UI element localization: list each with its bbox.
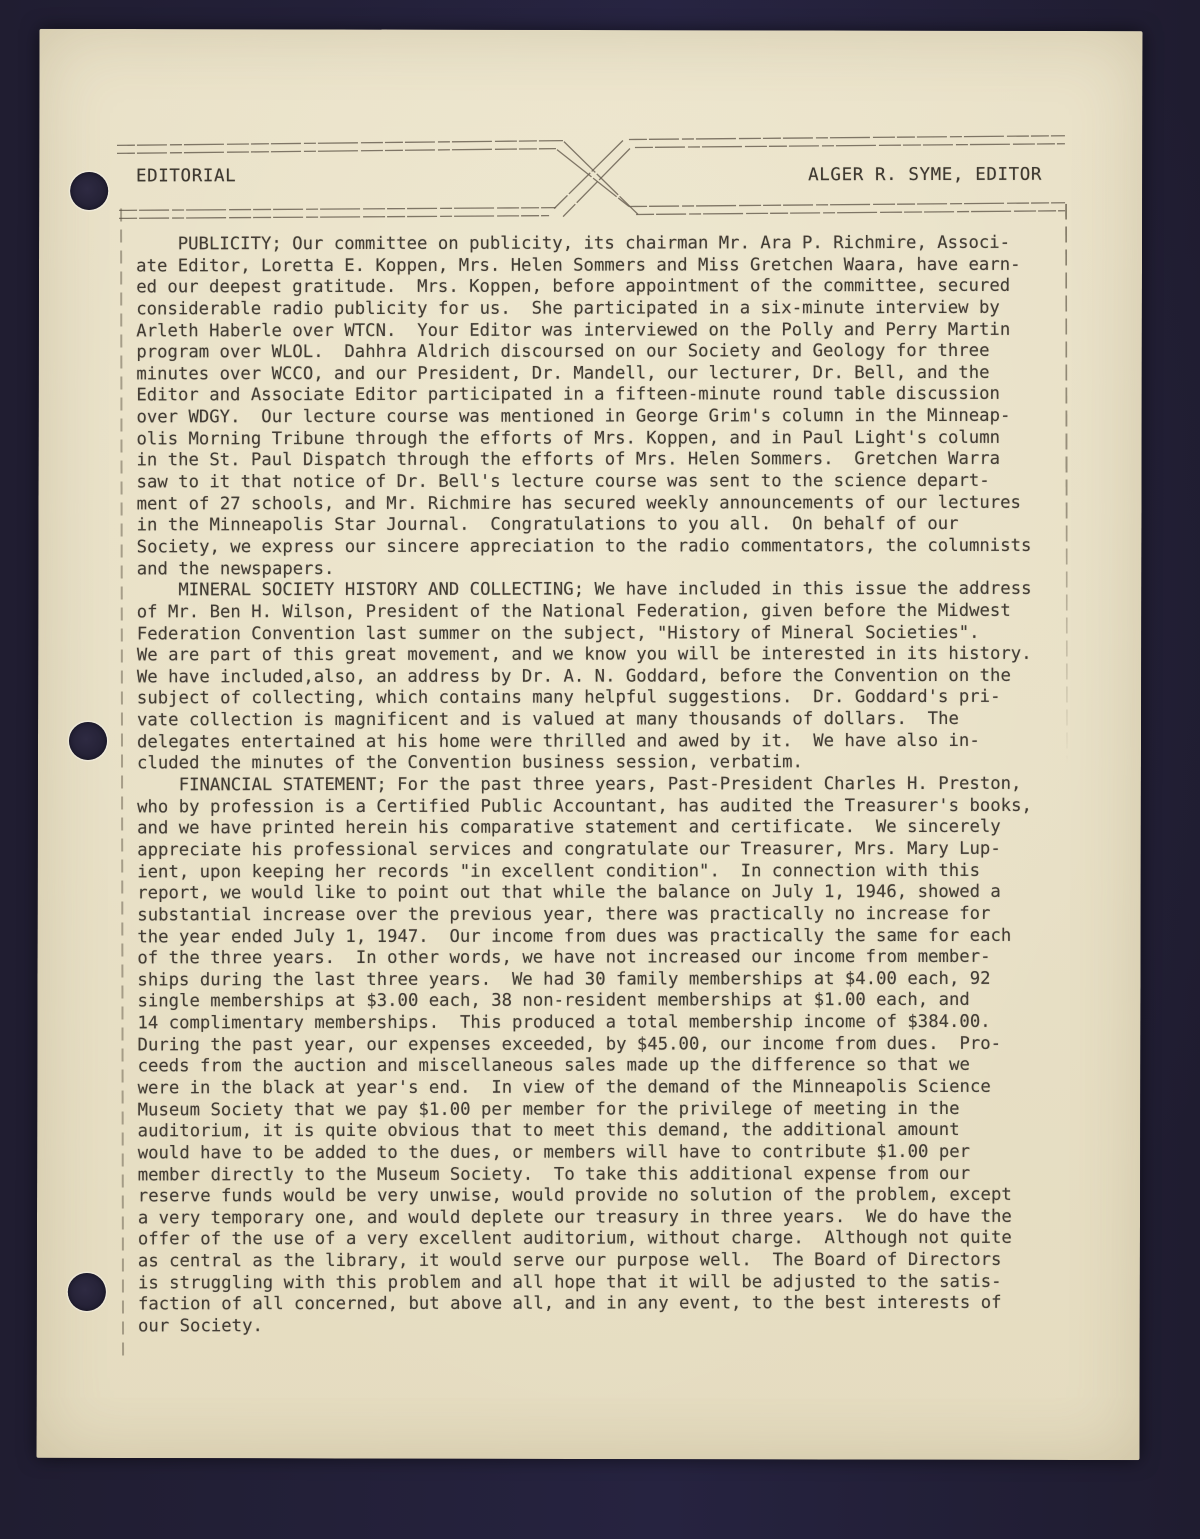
- text-line: Arleth Haberle over WTCN. Your Editor wa…: [136, 319, 1081, 342]
- text-line: over WDGY. Our lecture course was mentio…: [136, 406, 1081, 429]
- text-line: ate Editor, Loretta E. Koppen, Mrs. Hele…: [136, 254, 1081, 277]
- text-line: cluded the minutes of the Convention bus…: [137, 752, 1082, 775]
- text-line: We have included,also, an address by Dr.…: [137, 666, 1082, 689]
- text-line: vate collection is magnificent and is va…: [137, 709, 1082, 732]
- text-line: reserve funds would be very unwise, woul…: [138, 1185, 1083, 1208]
- text-line: Society, we express our sincere apprecia…: [137, 536, 1082, 559]
- text-line: ships during the last three years. We ha…: [137, 968, 1082, 991]
- editorial-body: PUBLICITY; Our committee on publicity, i…: [136, 233, 1083, 1338]
- text-line: olis Morning Tribune through the efforts…: [136, 427, 1081, 450]
- text-line: is struggling with this problem and all …: [138, 1271, 1083, 1294]
- text-line: PUBLICITY; Our committee on publicity, i…: [136, 233, 1081, 256]
- text-line: in the Minneapolis Star Journal. Congrat…: [137, 514, 1082, 537]
- paragraph: PUBLICITY; Our committee on publicity, i…: [136, 233, 1082, 581]
- text-line: Editor and Associate Editor participated…: [136, 384, 1081, 407]
- text-line: who by profession is a Certified Public …: [137, 795, 1082, 818]
- text-line: Federation Convention last summer on the…: [137, 622, 1082, 645]
- header-right-title: ALGER R. SYME, EDITOR: [808, 165, 1042, 185]
- text-line: of the three years. In other words, we h…: [137, 947, 1082, 970]
- text-line: offer of the use of a very excellent aud…: [138, 1228, 1083, 1251]
- header-left-title: EDITORIAL: [136, 166, 236, 186]
- text-line: program over WLOL. Dahhra Aldrich discou…: [136, 341, 1081, 364]
- text-line: auditorium, it is quite obvious that to …: [138, 1120, 1083, 1143]
- text-line: FINANCIAL STATEMENT; For the past three …: [137, 774, 1082, 797]
- header: EDITORIAL ALGER R. SYME, EDITOR: [136, 165, 1042, 187]
- text-line: Museum Society that we pay $1.00 per mem…: [138, 1098, 1083, 1121]
- text-line: report, we would like to point out that …: [137, 882, 1082, 905]
- text-line: appreciate his professional services and…: [137, 839, 1082, 862]
- text-line: ed our deepest gratitude. Mrs. Koppen, b…: [136, 276, 1081, 299]
- text-line: During the past year, our expenses excee…: [138, 1033, 1083, 1056]
- text-line: 14 complimentary memberships. This produ…: [137, 1012, 1082, 1035]
- paragraph: MINERAL SOCIETY HISTORY AND COLLECTING; …: [137, 579, 1082, 775]
- text-line: ient, upon keeping her records "in excel…: [137, 860, 1082, 883]
- text-line: faction of all concerned, but above all,…: [138, 1293, 1083, 1316]
- text-line: saw to it that notice of Dr. Bell's lect…: [137, 471, 1082, 494]
- text-line: We are part of this great movement, and …: [137, 644, 1082, 667]
- text-line: ceeds from the auction and miscellaneous…: [138, 1055, 1083, 1078]
- text-line: MINERAL SOCIETY HISTORY AND COLLECTING; …: [137, 579, 1082, 602]
- text-line: member directly to the Museum Society. T…: [138, 1163, 1083, 1186]
- text-line: would have to be added to the dues, or m…: [138, 1142, 1083, 1165]
- text-line: in the St. Paul Dispatch through the eff…: [136, 449, 1081, 472]
- text-line: our Society.: [138, 1315, 1083, 1338]
- page-content: EDITORIAL ALGER R. SYME, EDITOR PUBLICIT…: [37, 29, 1142, 1460]
- text-line: the year ended July 1, 1947. Our income …: [137, 925, 1082, 948]
- text-line: considerable radio publicity for us. She…: [136, 298, 1081, 321]
- text-line: subject of collecting, which contains ma…: [137, 687, 1082, 710]
- text-line: and the newspapers.: [137, 557, 1082, 580]
- text-line: ment of 27 schools, and Mr. Richmire has…: [137, 492, 1082, 515]
- paragraph: FINANCIAL STATEMENT; For the past three …: [137, 774, 1083, 1338]
- text-line: as central as the library, it would serv…: [138, 1250, 1083, 1273]
- text-line: single memberships at $3.00 each, 38 non…: [137, 990, 1082, 1013]
- text-line: and we have printed herein his comparati…: [137, 817, 1082, 840]
- left-margin-rule: [120, 208, 124, 1358]
- text-line: a very temporary one, and would deplete …: [138, 1207, 1083, 1230]
- text-line: minutes over WCCO, and our President, Dr…: [136, 363, 1081, 386]
- text-line: substantial increase over the previous y…: [137, 904, 1082, 927]
- text-line: of Mr. Ben H. Wilson, President of the N…: [137, 601, 1082, 624]
- text-line: delegates entertained at his home were t…: [137, 730, 1082, 753]
- text-line: were in the black at year's end. In view…: [138, 1077, 1083, 1100]
- document-page: EDITORIAL ALGER R. SYME, EDITOR PUBLICIT…: [37, 29, 1143, 1460]
